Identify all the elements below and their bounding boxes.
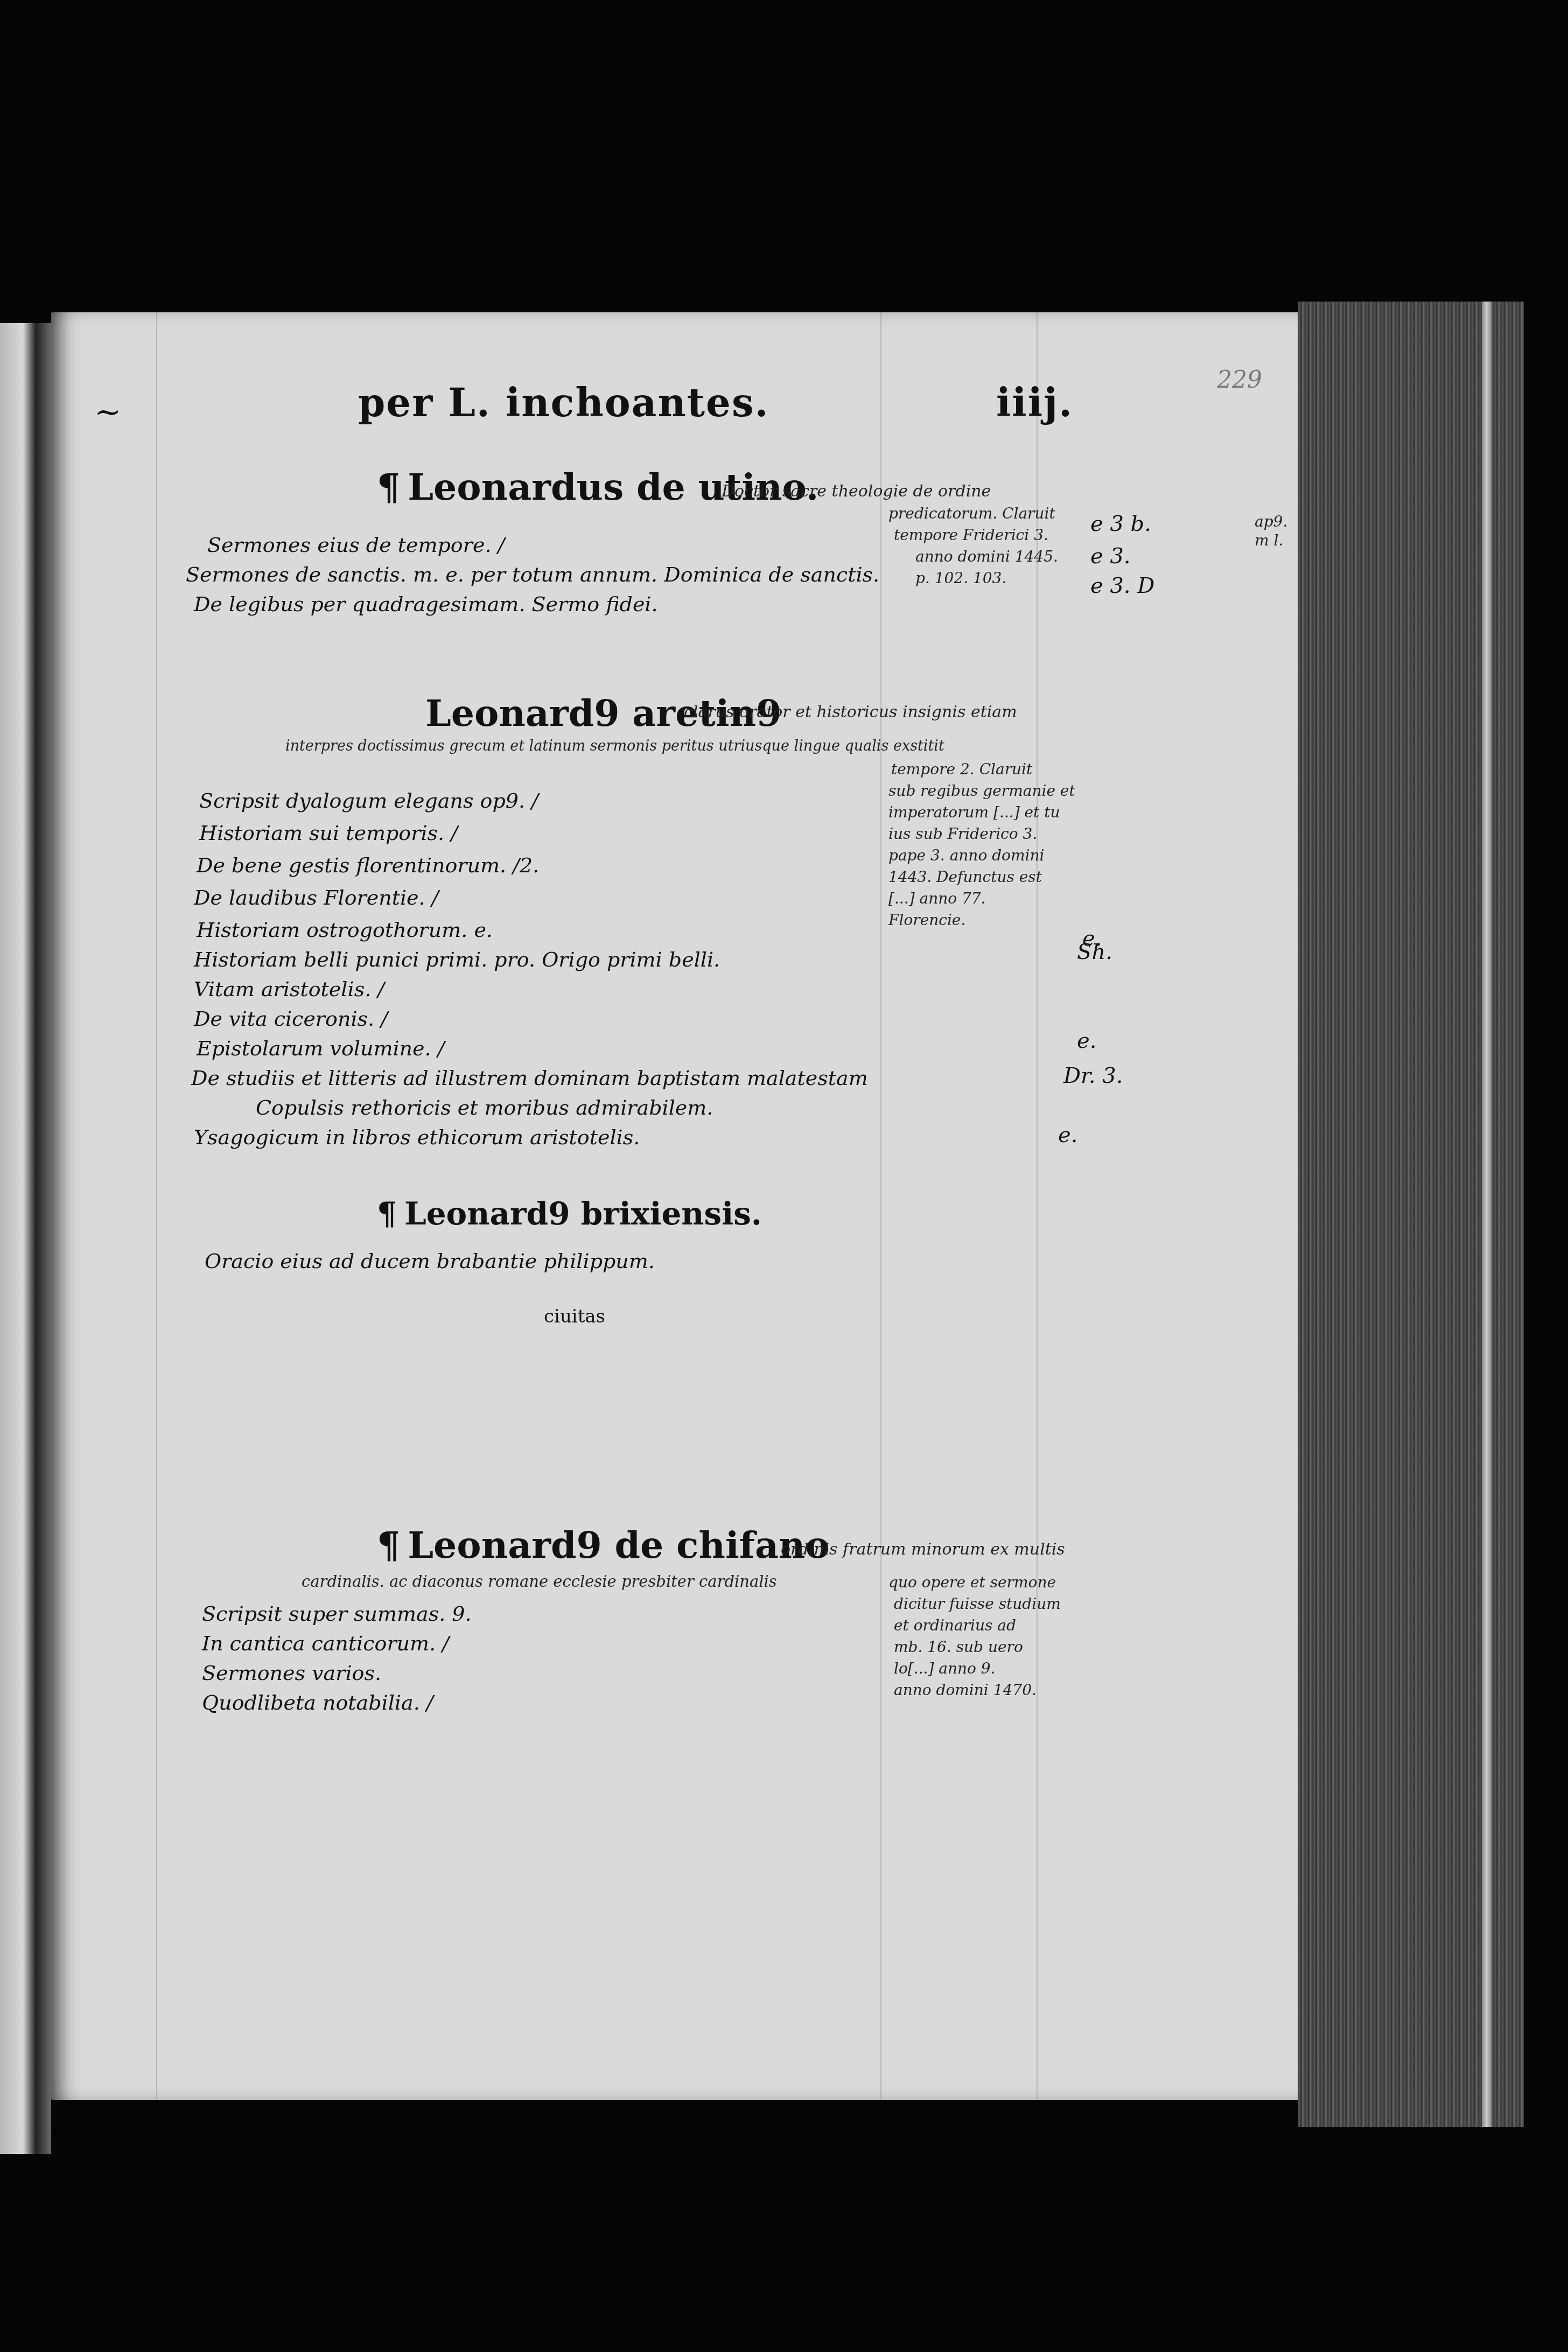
margin-note: ius sub Friderico 3.	[888, 824, 1037, 844]
outer-margin-note: ap9.	[1255, 512, 1287, 532]
work-entry: Sermones de sanctis. m. e. per totum ann…	[186, 563, 879, 586]
shelfmark: e.	[1058, 1123, 1077, 1147]
stray-mark: ciuitas	[544, 1306, 605, 1327]
margin-note: tempore 2. Claruit	[891, 759, 1032, 780]
header-numeral: iiij.	[996, 380, 1073, 425]
shelfmark: Sh.	[1077, 940, 1112, 964]
margin-note: Florencie.	[888, 910, 965, 930]
pilcrow-icon: ¶	[377, 1195, 397, 1232]
work-entry: Vitam aristotelis. /	[194, 977, 384, 1001]
margin-note: tempore Friderici 3.	[894, 525, 1048, 545]
work-entry: In cantica canticorum. /	[202, 1632, 449, 1655]
work-entry: Ysagogicum in libros ethicorum aristotel…	[194, 1125, 640, 1149]
author-gloss: cardinalis. ac diaconus romane ecclesie …	[302, 1572, 777, 1591]
work-entry: Quodlibeta notabilia. /	[202, 1691, 433, 1714]
margin-note: pape 3. anno domini	[888, 845, 1044, 866]
work-entry: De bene gestis florentinorum. /2.	[197, 853, 539, 877]
work-entry: Sermones eius de tempore. /	[207, 533, 505, 557]
margin-note: quo opere et sermone	[888, 1572, 1056, 1593]
margin-note: [...] anno 77.	[888, 888, 986, 909]
folio-number: 229	[1217, 366, 1262, 394]
margin-note: et ordinarius ad	[894, 1615, 1016, 1636]
author-gloss: Doctor sacre theologie de ordine	[722, 482, 991, 501]
author-heading: ¶Leonard9 de chifano	[377, 1524, 830, 1567]
ruling-line	[156, 312, 157, 2100]
running-header: per L. inchoantes.	[358, 380, 769, 425]
shelfmark: e 3.	[1090, 544, 1131, 569]
work-entry: Sermones varios.	[202, 1661, 381, 1685]
work-entry: Oracio eius ad ducem brabantie philippum…	[205, 1249, 655, 1273]
work-entry: Scripsit dyalogum elegans op9. /	[199, 789, 538, 813]
work-entry: De laudibus Florentie. /	[194, 886, 439, 909]
shelfmark: e.	[1077, 1028, 1096, 1053]
work-entry: Historiam belli punici primi. pro. Origo…	[194, 948, 720, 971]
pen-mark-icon: ~	[94, 393, 121, 431]
margin-note: dicitur fuisse studium	[894, 1594, 1061, 1614]
work-entry: Scripsit super summas. 9.	[202, 1602, 472, 1626]
margin-note: 1443. Defunctus est	[888, 867, 1042, 887]
ruling-line	[1037, 312, 1038, 2100]
margin-note: predicatorum. Claruit	[888, 503, 1055, 524]
shelfmark: Dr. 3.	[1063, 1063, 1123, 1088]
author-gloss: ordinis fratrum minorum ex multis	[781, 1540, 1065, 1559]
shelfmark: e 3. D	[1090, 573, 1154, 598]
book-fore-edge	[1298, 302, 1524, 2127]
margin-note: anno domini 1445.	[915, 547, 1058, 567]
work-entry: Epistolarum volumine. /	[197, 1037, 445, 1060]
ruling-line	[880, 312, 881, 2100]
margin-note: anno domini 1470.	[894, 1680, 1037, 1700]
margin-note: p. 102. 103.	[915, 568, 1006, 589]
pilcrow-icon: ¶	[377, 1524, 400, 1567]
work-entry: Copulsis rethoricis et moribus admirabil…	[256, 1096, 713, 1119]
margin-note: imperatorum [...] et tu	[888, 802, 1060, 823]
margin-note: sub regibus germanie et	[888, 781, 1075, 801]
work-entry: Historiam ostrogothorum. e.	[197, 918, 493, 942]
outer-margin-note: m l.	[1255, 530, 1283, 551]
facing-page-edge	[0, 323, 51, 2154]
margin-note: mb. 16. sub uero	[894, 1637, 1023, 1657]
margin-note: lo[...] anno 9.	[894, 1658, 996, 1679]
work-entry: Historiam sui temporis. /	[199, 821, 458, 845]
author-gloss: clarus orator et historicus insignis eti…	[684, 703, 1017, 722]
author-heading: ¶Leonard9 brixiensis.	[377, 1195, 762, 1232]
work-entry: De legibus per quadragesimam. Sermo fide…	[194, 592, 658, 616]
pilcrow-icon: ¶	[377, 466, 400, 509]
shelfmark: e 3 b.	[1090, 512, 1151, 536]
author-gloss: interpres doctissimus grecum et latinum …	[285, 738, 944, 754]
work-entry: De vita ciceronis. /	[194, 1007, 388, 1031]
work-entry: De studiis et litteris ad illustrem domi…	[191, 1066, 868, 1090]
